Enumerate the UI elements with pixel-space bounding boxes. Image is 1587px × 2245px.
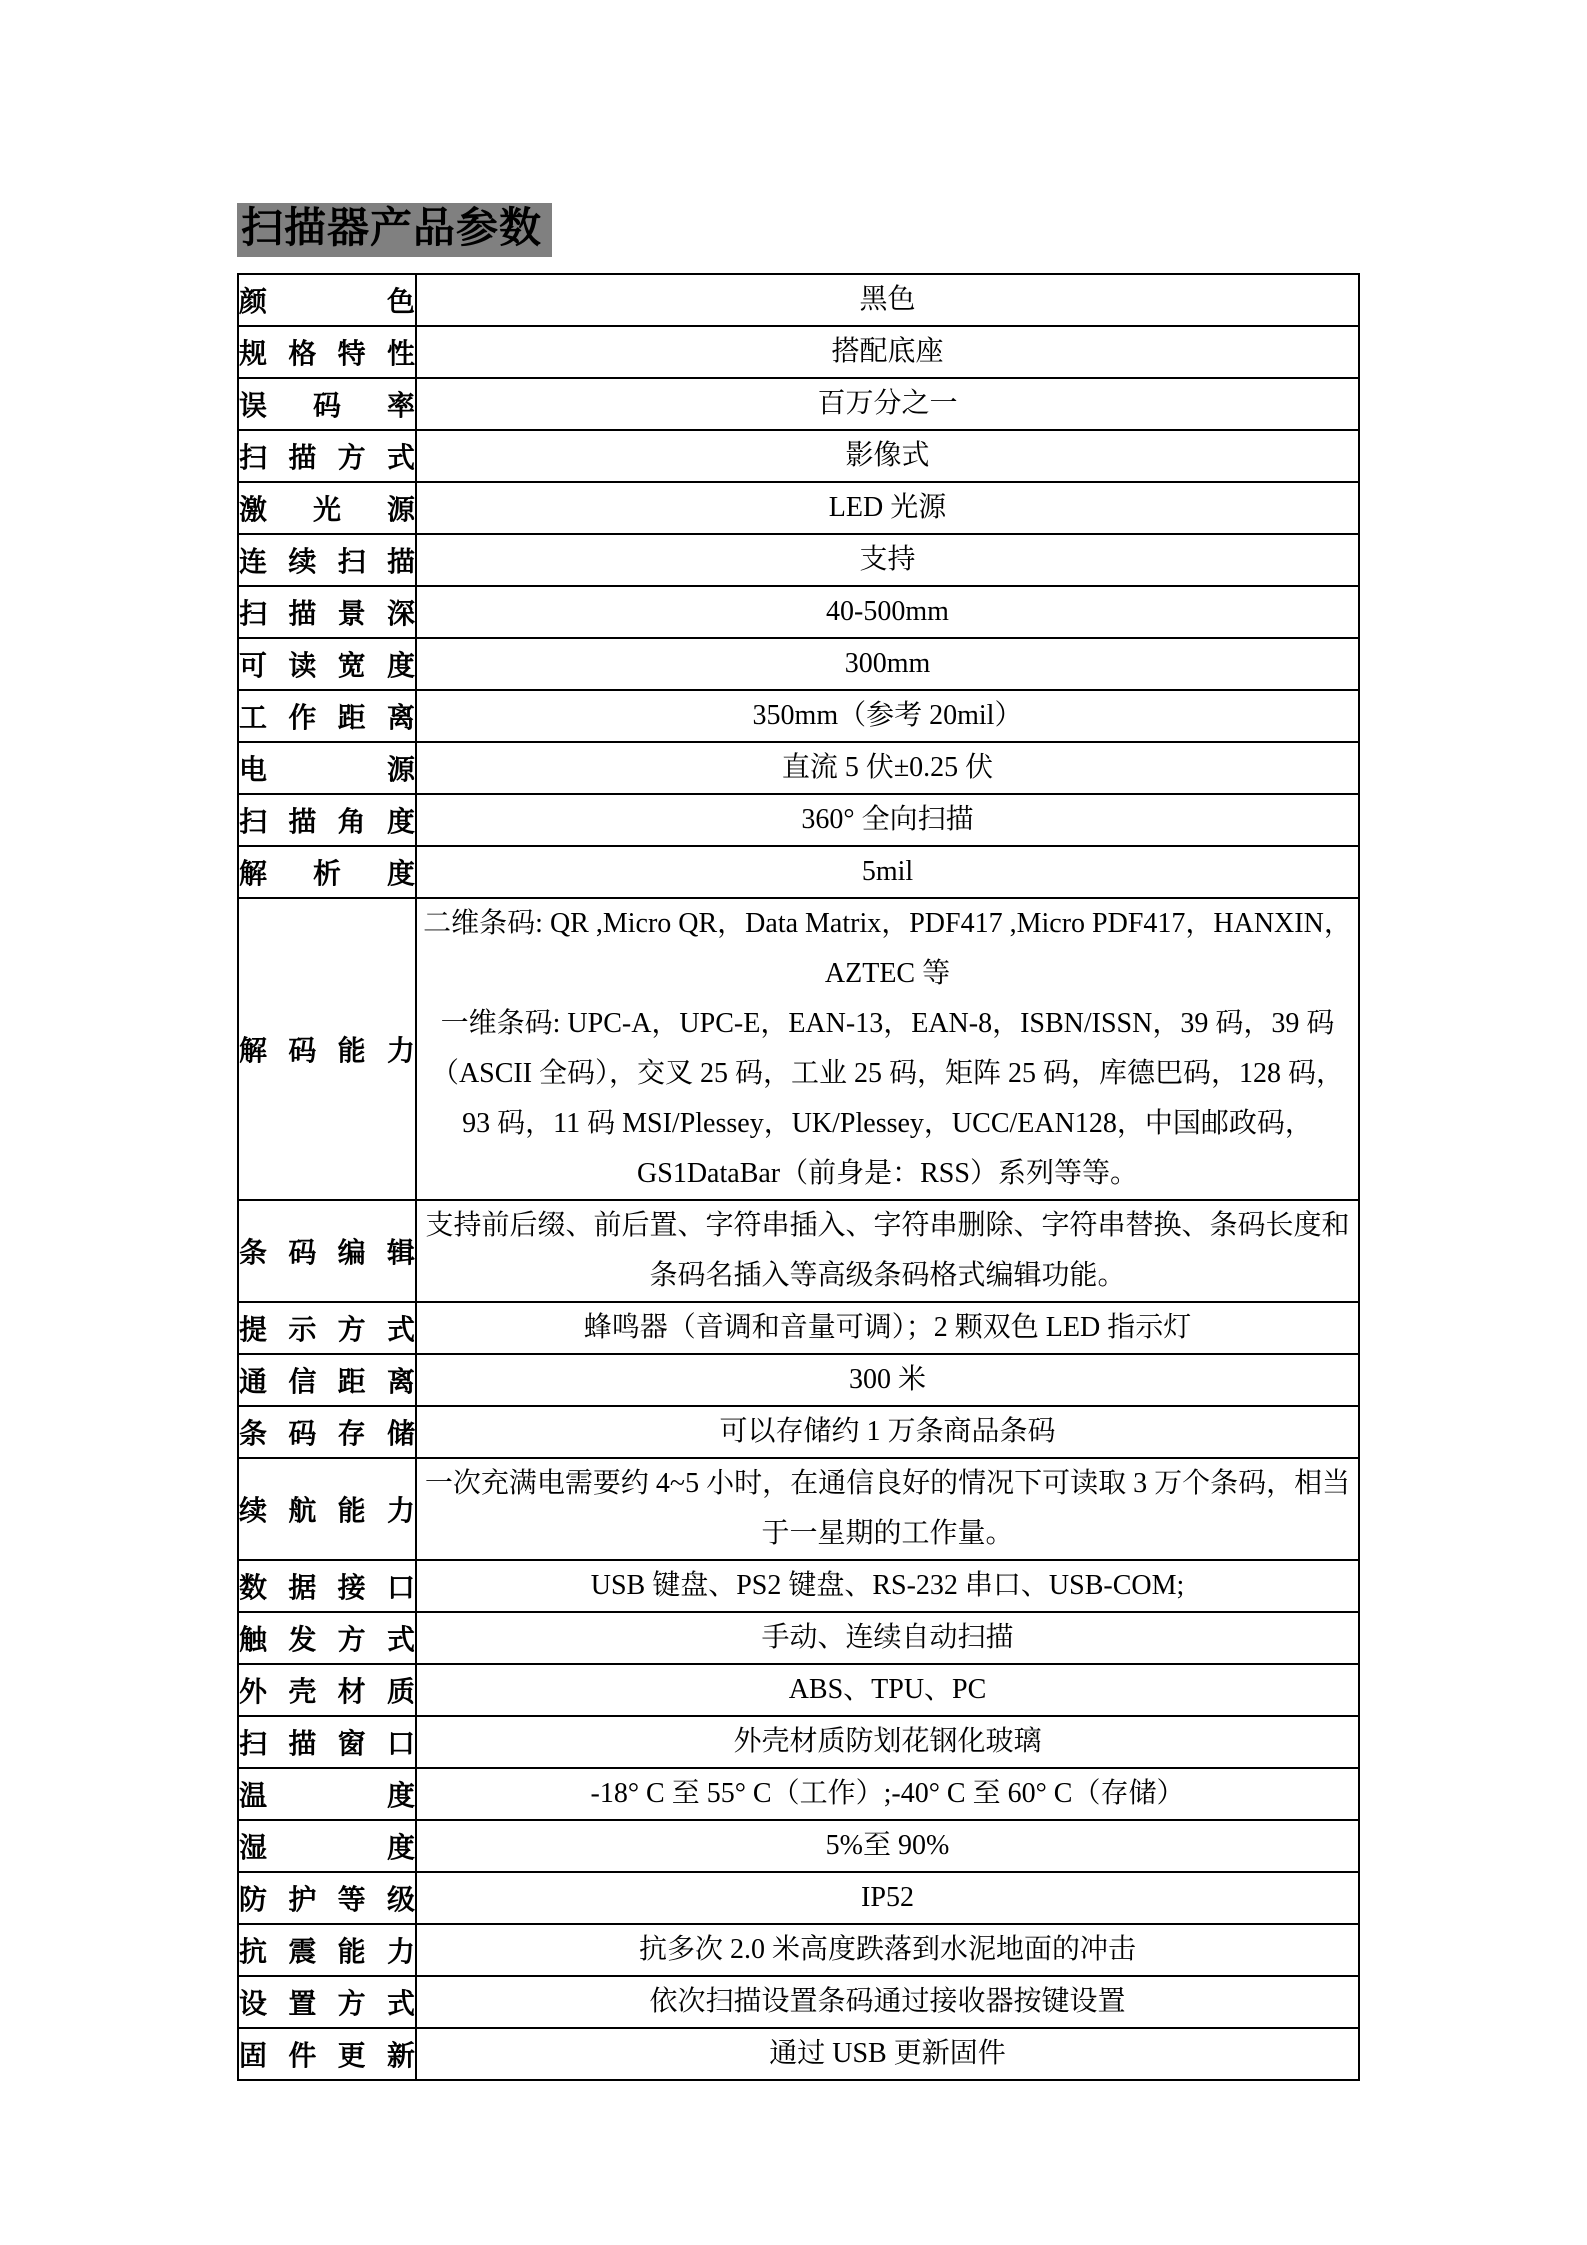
spec-value-line: 影像式 bbox=[417, 431, 1358, 481]
spec-label: 湿 度 bbox=[238, 1820, 416, 1872]
document-page: 扫描器产品参数 颜 色 黑色 规格特性 搭配底座 误 码 率 百万分之一 扫描方… bbox=[237, 203, 1360, 2081]
spec-label: 温 度 bbox=[238, 1768, 416, 1820]
table-row: 可读宽度 300mm bbox=[238, 638, 1359, 690]
spec-value-line: 抗多次 2.0 米高度跌落到水泥地面的冲击 bbox=[417, 1925, 1358, 1975]
spec-value-line: 二维条码: QR ,Micro QR，Data Matrix，PDF417 ,M… bbox=[417, 899, 1358, 999]
spec-label: 提示方式 bbox=[238, 1302, 416, 1354]
spec-label: 扫描窗口 bbox=[238, 1716, 416, 1768]
spec-value-line: 350mm（参考 20mil） bbox=[417, 691, 1358, 741]
spec-value: 300 米 bbox=[416, 1354, 1359, 1406]
spec-value: 影像式 bbox=[416, 430, 1359, 482]
spec-value: 抗多次 2.0 米高度跌落到水泥地面的冲击 bbox=[416, 1924, 1359, 1976]
spec-value-line: 300 米 bbox=[417, 1355, 1358, 1405]
spec-label: 颜 色 bbox=[238, 274, 416, 326]
spec-table-body: 颜 色 黑色 规格特性 搭配底座 误 码 率 百万分之一 扫描方式 影像式 激 … bbox=[238, 274, 1359, 2080]
table-row: 误 码 率 百万分之一 bbox=[238, 378, 1359, 430]
spec-value-line: 百万分之一 bbox=[417, 379, 1358, 429]
spec-value: 5mil bbox=[416, 846, 1359, 898]
spec-value: USB 键盘、PS2 键盘、RS-232 串口、USB-COM; bbox=[416, 1560, 1359, 1612]
spec-value-line: ABS、TPU、PC bbox=[417, 1665, 1358, 1715]
spec-value: 搭配底座 bbox=[416, 326, 1359, 378]
spec-value: 二维条码: QR ,Micro QR，Data Matrix，PDF417 ,M… bbox=[416, 898, 1359, 1200]
spec-table: 颜 色 黑色 规格特性 搭配底座 误 码 率 百万分之一 扫描方式 影像式 激 … bbox=[237, 273, 1360, 2081]
spec-value: 外壳材质防划花钢化玻璃 bbox=[416, 1716, 1359, 1768]
spec-label: 误 码 率 bbox=[238, 378, 416, 430]
spec-value: 可以存储约 1 万条商品条码 bbox=[416, 1406, 1359, 1458]
table-row: 规格特性 搭配底座 bbox=[238, 326, 1359, 378]
spec-value: 蜂鸣器（音调和音量可调）；2 颗双色 LED 指示灯 bbox=[416, 1302, 1359, 1354]
spec-value: 支持前后缀、前后置、字符串插入、字符串删除、字符串替换、条码长度和条码名插入等高… bbox=[416, 1200, 1359, 1302]
spec-label: 触发方式 bbox=[238, 1612, 416, 1664]
table-row: 提示方式 蜂鸣器（音调和音量可调）；2 颗双色 LED 指示灯 bbox=[238, 1302, 1359, 1354]
table-row: 数据接口 USB 键盘、PS2 键盘、RS-232 串口、USB-COM; bbox=[238, 1560, 1359, 1612]
spec-value-line: 360° 全向扫描 bbox=[417, 795, 1358, 845]
spec-label: 防护等级 bbox=[238, 1872, 416, 1924]
spec-value-line: 支持前后缀、前后置、字符串插入、字符串删除、字符串替换、条码长度和条码名插入等高… bbox=[417, 1201, 1358, 1301]
table-row: 续航能力 一次充满电需要约 4~5 小时，在通信良好的情况下可读取 3 万个条码… bbox=[238, 1458, 1359, 1560]
table-row: 温 度 -18° C 至 55° C（工作）;-40° C 至 60° C（存储… bbox=[238, 1768, 1359, 1820]
spec-value: 手动、连续自动扫描 bbox=[416, 1612, 1359, 1664]
spec-label: 连续扫描 bbox=[238, 534, 416, 586]
spec-value: 300mm bbox=[416, 638, 1359, 690]
spec-label: 电 源 bbox=[238, 742, 416, 794]
table-row: 解码能力 二维条码: QR ,Micro QR，Data Matrix，PDF4… bbox=[238, 898, 1359, 1200]
spec-value: IP52 bbox=[416, 1872, 1359, 1924]
spec-value: -18° C 至 55° C（工作）;-40° C 至 60° C（存储） bbox=[416, 1768, 1359, 1820]
spec-label: 固件更新 bbox=[238, 2028, 416, 2080]
table-row: 防护等级 IP52 bbox=[238, 1872, 1359, 1924]
spec-value-line: 40-500mm bbox=[417, 587, 1358, 637]
spec-value: 350mm（参考 20mil） bbox=[416, 690, 1359, 742]
spec-value: 依次扫描设置条码通过接收器按键设置 bbox=[416, 1976, 1359, 2028]
spec-value: 360° 全向扫描 bbox=[416, 794, 1359, 846]
spec-label: 外壳材质 bbox=[238, 1664, 416, 1716]
spec-label: 解码能力 bbox=[238, 898, 416, 1200]
spec-value-line: 300mm bbox=[417, 639, 1358, 689]
spec-value-line: 支持 bbox=[417, 535, 1358, 585]
spec-value: 40-500mm bbox=[416, 586, 1359, 638]
spec-value: 直流 5 伏±0.25 伏 bbox=[416, 742, 1359, 794]
table-row: 抗震能力 抗多次 2.0 米高度跌落到水泥地面的冲击 bbox=[238, 1924, 1359, 1976]
spec-value-line: 5mil bbox=[417, 847, 1358, 897]
table-row: 通信距离 300 米 bbox=[238, 1354, 1359, 1406]
spec-value-line: 手动、连续自动扫描 bbox=[417, 1613, 1358, 1663]
table-row: 颜 色 黑色 bbox=[238, 274, 1359, 326]
spec-value: 黑色 bbox=[416, 274, 1359, 326]
spec-label: 扫描方式 bbox=[238, 430, 416, 482]
table-row: 设置方式 依次扫描设置条码通过接收器按键设置 bbox=[238, 1976, 1359, 2028]
spec-value-line: 直流 5 伏±0.25 伏 bbox=[417, 743, 1358, 793]
spec-value: 百万分之一 bbox=[416, 378, 1359, 430]
spec-value-line: -18° C 至 55° C（工作）;-40° C 至 60° C（存储） bbox=[417, 1769, 1358, 1819]
table-row: 电 源 直流 5 伏±0.25 伏 bbox=[238, 742, 1359, 794]
page-title: 扫描器产品参数 bbox=[237, 203, 552, 257]
spec-label: 工作距离 bbox=[238, 690, 416, 742]
spec-value-line: 5%至 90% bbox=[417, 1821, 1358, 1871]
table-row: 条码编辑 支持前后缀、前后置、字符串插入、字符串删除、字符串替换、条码长度和条码… bbox=[238, 1200, 1359, 1302]
spec-value-line: LED 光源 bbox=[417, 483, 1358, 533]
table-row: 工作距离 350mm（参考 20mil） bbox=[238, 690, 1359, 742]
spec-label: 通信距离 bbox=[238, 1354, 416, 1406]
spec-value-line: 黑色 bbox=[417, 275, 1358, 325]
spec-value-line: 一次充满电需要约 4~5 小时，在通信良好的情况下可读取 3 万个条码，相当于一… bbox=[417, 1459, 1358, 1559]
spec-value-line: IP52 bbox=[417, 1873, 1358, 1923]
table-row: 解 析 度 5mil bbox=[238, 846, 1359, 898]
spec-label: 条码存储 bbox=[238, 1406, 416, 1458]
spec-label: 条码编辑 bbox=[238, 1200, 416, 1302]
spec-value: 通过 USB 更新固件 bbox=[416, 2028, 1359, 2080]
table-row: 扫描方式 影像式 bbox=[238, 430, 1359, 482]
spec-value-line: 外壳材质防划花钢化玻璃 bbox=[417, 1717, 1358, 1767]
table-row: 扫描角度 360° 全向扫描 bbox=[238, 794, 1359, 846]
spec-value-line: 蜂鸣器（音调和音量可调）；2 颗双色 LED 指示灯 bbox=[417, 1303, 1358, 1353]
table-row: 连续扫描 支持 bbox=[238, 534, 1359, 586]
spec-value: ABS、TPU、PC bbox=[416, 1664, 1359, 1716]
table-row: 条码存储 可以存储约 1 万条商品条码 bbox=[238, 1406, 1359, 1458]
table-row: 激 光 源 LED 光源 bbox=[238, 482, 1359, 534]
spec-label: 扫描角度 bbox=[238, 794, 416, 846]
spec-value-line: 依次扫描设置条码通过接收器按键设置 bbox=[417, 1977, 1358, 2027]
table-row: 扫描景深 40-500mm bbox=[238, 586, 1359, 638]
spec-label: 设置方式 bbox=[238, 1976, 416, 2028]
spec-value: 5%至 90% bbox=[416, 1820, 1359, 1872]
spec-label: 可读宽度 bbox=[238, 638, 416, 690]
table-row: 外壳材质 ABS、TPU、PC bbox=[238, 1664, 1359, 1716]
spec-value-line: USB 键盘、PS2 键盘、RS-232 串口、USB-COM; bbox=[417, 1561, 1358, 1611]
table-row: 触发方式 手动、连续自动扫描 bbox=[238, 1612, 1359, 1664]
spec-label: 扫描景深 bbox=[238, 586, 416, 638]
spec-value-line: 通过 USB 更新固件 bbox=[417, 2029, 1358, 2079]
spec-label: 续航能力 bbox=[238, 1458, 416, 1560]
spec-value-line: 可以存储约 1 万条商品条码 bbox=[417, 1407, 1358, 1457]
table-row: 扫描窗口 外壳材质防划花钢化玻璃 bbox=[238, 1716, 1359, 1768]
spec-label: 抗震能力 bbox=[238, 1924, 416, 1976]
spec-label: 激 光 源 bbox=[238, 482, 416, 534]
spec-value: LED 光源 bbox=[416, 482, 1359, 534]
table-row: 固件更新 通过 USB 更新固件 bbox=[238, 2028, 1359, 2080]
table-row: 湿 度 5%至 90% bbox=[238, 1820, 1359, 1872]
spec-label: 数据接口 bbox=[238, 1560, 416, 1612]
spec-value: 一次充满电需要约 4~5 小时，在通信良好的情况下可读取 3 万个条码，相当于一… bbox=[416, 1458, 1359, 1560]
spec-value-line: 一维条码: UPC-A，UPC-E，EAN-13，EAN-8，ISBN/ISSN… bbox=[417, 999, 1358, 1199]
spec-value: 支持 bbox=[416, 534, 1359, 586]
spec-label: 规格特性 bbox=[238, 326, 416, 378]
spec-label: 解 析 度 bbox=[238, 846, 416, 898]
spec-value-line: 搭配底座 bbox=[417, 327, 1358, 377]
